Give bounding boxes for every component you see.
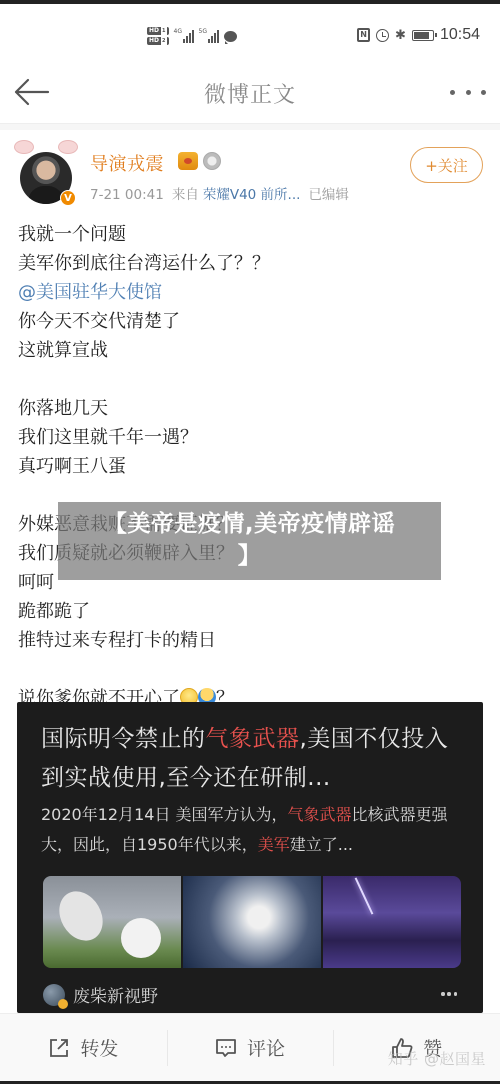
post-line: 这就算宣战 <box>18 336 478 365</box>
post-line: 我就一个问题 <box>18 220 478 249</box>
post-meta: 7-21 00:41来自荣耀V40 前所...已编辑 <box>90 183 357 203</box>
overlay-line-2: 】 <box>58 540 441 572</box>
repost-button[interactable]: 转发 <box>0 1014 167 1081</box>
lightning-city-image[interactable] <box>323 876 461 968</box>
pig-decoration-icon <box>58 140 78 154</box>
edited-label: 已编辑 <box>308 187 349 203</box>
author-avatar[interactable]: V <box>14 140 80 206</box>
post-date: 7-21 00:41 <box>90 187 164 203</box>
title-overlay-banner: 【美帝是疫情,美帝疫情辟谣 】 <box>58 502 441 580</box>
radar-station-image[interactable] <box>43 876 181 968</box>
hurricane-image[interactable] <box>183 876 321 968</box>
crown-badge-icon[interactable] <box>178 152 198 170</box>
more-dots-icon <box>450 90 455 95</box>
post-line: 我们这里就千年一遇？ <box>18 423 478 452</box>
alarm-icon <box>376 29 389 42</box>
signal-5g-icon: 5G <box>199 29 219 43</box>
post-line: 真巧啊王八蛋 <box>18 452 478 481</box>
page-title: 微博正文 <box>0 78 500 109</box>
comment-label: 评论 <box>247 1034 285 1061</box>
clock: 10:54 <box>440 26 480 44</box>
post-line: 跪都跪了 <box>18 597 478 626</box>
action-bar: 转发 评论 赞 <box>0 1013 500 1081</box>
more-dots-icon <box>441 992 445 996</box>
post-line: 你今天不交代清楚了 <box>18 307 478 336</box>
medal-badge-icon[interactable] <box>203 152 221 170</box>
message-notification-icon <box>224 31 237 42</box>
hd-sim1-icon: HD1 <box>147 27 169 35</box>
shared-article-card[interactable]: 国际明令禁止的气象武器,美国不仅投入到实战使用,至今还在研制... 2020年1… <box>17 702 483 1013</box>
zhihu-watermark: 知乎 @赵国星 <box>388 1048 486 1069</box>
bluetooth-icon: ✱ <box>395 29 406 42</box>
post-source-link[interactable]: 荣耀V40 前所... <box>203 187 301 203</box>
author-name[interactable]: 导演戎震 <box>90 150 164 176</box>
signal-4g-icon: 4G <box>174 29 194 43</box>
more-options-button[interactable] <box>450 80 486 104</box>
follow-button[interactable]: +关注 <box>410 147 483 183</box>
status-bar: HD1 HD2 4G 5G N ✱ 10:54 <box>0 4 500 60</box>
overlay-line-1: 【美帝是疫情,美帝疫情辟谣 <box>58 508 441 540</box>
repost-icon <box>48 1037 70 1059</box>
source-avatar-icon <box>43 984 65 1006</box>
card-more-button[interactable] <box>441 992 457 996</box>
sim-indicators: HD1 HD2 <box>147 27 169 45</box>
verified-badge-icon: V <box>60 190 76 206</box>
blank-line <box>18 655 478 684</box>
card-source[interactable]: 废柴新视野 <box>43 982 158 1007</box>
post-line: 你落地几天 <box>18 394 478 423</box>
card-title: 国际明令禁止的气象武器,美国不仅投入到实战使用,至今还在研制... <box>41 720 461 798</box>
card-description: 2020年12月14日 美国军方认为，气象武器比核武器更强大，因此，自1950年… <box>41 800 461 860</box>
comment-button[interactable]: 评论 <box>167 1014 334 1081</box>
blank-line <box>18 365 478 394</box>
from-label: 来自 <box>172 187 199 203</box>
post-line: 美军你到底往台湾运什么了？？ <box>18 249 478 278</box>
comment-icon <box>215 1037 237 1059</box>
battery-icon <box>412 30 434 41</box>
author-header: V 导演戎震 7-21 00:41来自荣耀V40 前所...已编辑 +关注 <box>0 130 500 208</box>
post-body: 我就一个问题 美军你到底往台湾运什么了？？ @美国驻华大使馆 你今天不交代清楚了… <box>18 220 478 713</box>
mention-link[interactable]: @美国驻华大使馆 <box>18 278 478 307</box>
status-left: HD1 HD2 4G 5G <box>147 24 237 48</box>
hd-sim2-icon: HD2 <box>147 37 169 45</box>
repost-label: 转发 <box>80 1034 118 1061</box>
nav-bar: 微博正文 <box>0 60 500 124</box>
pig-decoration-icon <box>14 140 34 154</box>
source-name: 废柴新视野 <box>73 982 158 1007</box>
status-right: N ✱ 10:54 <box>357 22 480 48</box>
post-line: 推特过来专程打卡的精日 <box>18 626 478 655</box>
nfc-icon: N <box>357 28 370 42</box>
card-thumbnails <box>43 876 461 968</box>
